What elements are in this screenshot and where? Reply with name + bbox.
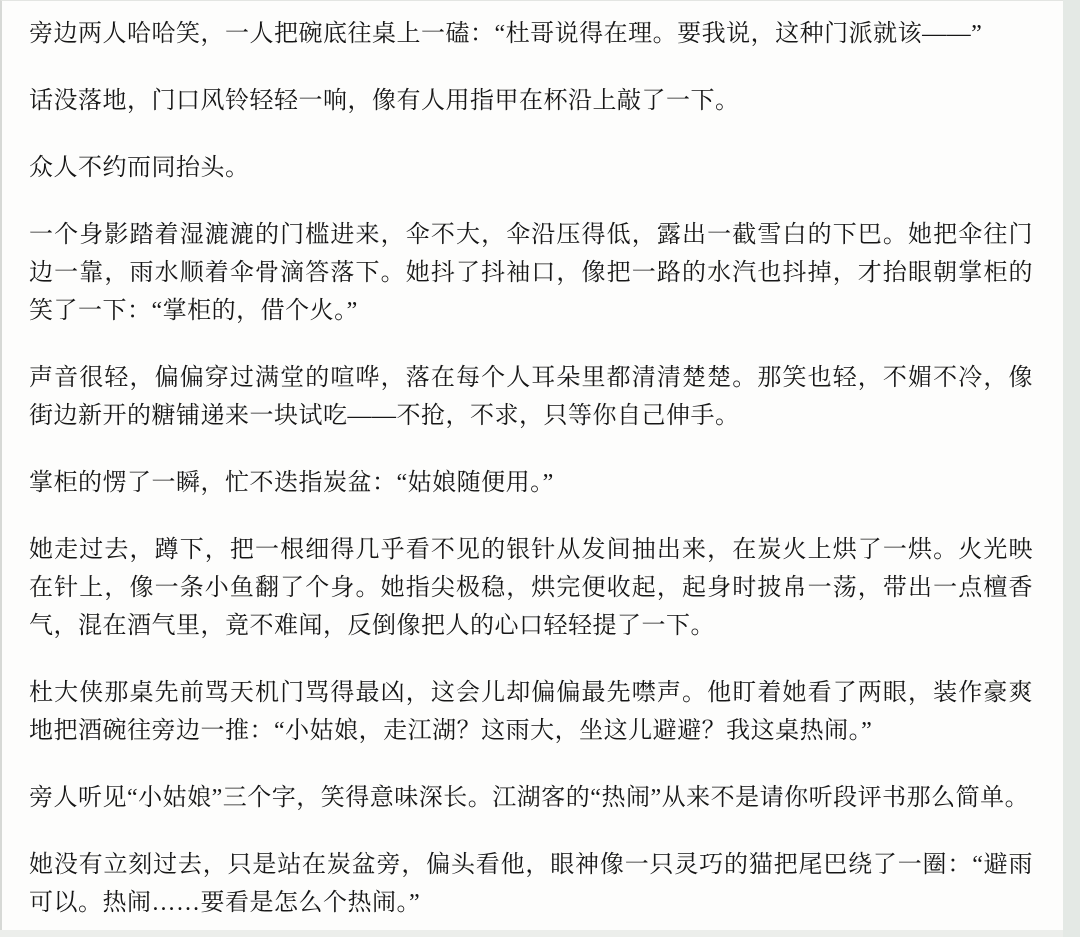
- story-paragraph: 她走过去，蹲下，把一根细得几乎看不见的银针从发间抽出来，在炭火上烘了一烘。火光映…: [29, 531, 1033, 645]
- story-paragraph: 掌柜的愣了一瞬，忙不迭指炭盆：“姑娘随便用。”: [29, 464, 1033, 502]
- story-text-body: 旁边两人哈哈笑，一人把碗底往桌上一磕：“杜哥说得在理。要我说，这种门派就该——”…: [2, 1, 1063, 922]
- story-paragraph: 杜大侠那桌先前骂天机门骂得最凶，这会儿却偏偏最先噤声。他盯着她看了两眼，装作豪爽…: [29, 674, 1033, 750]
- story-paragraph: 众人不约而同抬头。: [29, 149, 1033, 187]
- page-edge-right: [1063, 0, 1080, 937]
- story-paragraph: 一个身影踏着湿漉漉的门槛进来，伞不大，伞沿压得低，露出一截雪白的下巴。她把伞往门…: [29, 216, 1033, 330]
- document-page: 旁边两人哈哈笑，一人把碗底往桌上一磕：“杜哥说得在理。要我说，这种门派就该——”…: [0, 0, 1063, 930]
- story-paragraph: 旁边两人哈哈笑，一人把碗底往桌上一磕：“杜哥说得在理。要我说，这种门派就该——”: [29, 15, 1033, 53]
- story-paragraph: 声音很轻，偏偏穿过满堂的喧哗，落在每个人耳朵里都清清楚楚。那笑也轻，不媚不冷，像…: [29, 359, 1033, 435]
- story-paragraph: 她没有立刻过去，只是站在炭盆旁，偏头看他，眼神像一只灵巧的猫把尾巴绕了一圈：“避…: [29, 846, 1033, 922]
- page-edge-bottom: [0, 930, 1063, 937]
- story-paragraph: 话没落地，门口风铃轻轻一响，像有人用指甲在杯沿上敲了一下。: [29, 82, 1033, 120]
- story-paragraph: 旁人听见“小姑娘”三个字，笑得意味深长。江湖客的“热闹”从来不是请你听段评书那么…: [29, 779, 1033, 817]
